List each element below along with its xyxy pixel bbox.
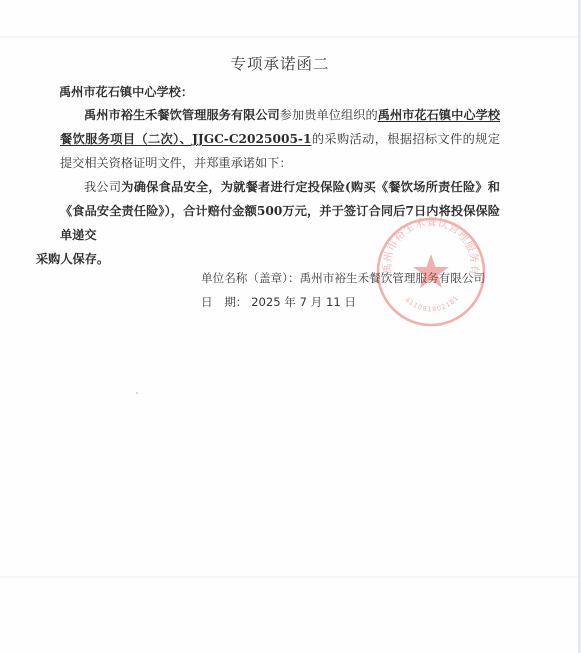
unit-label: 单位名称（盖章）：	[201, 271, 300, 285]
page-top-edge	[0, 36, 578, 39]
paragraph-lead: 我公司	[84, 180, 121, 194]
document-title: 专项承诺函二	[0, 52, 560, 74]
month-char: 月	[311, 295, 323, 309]
scan-speck	[136, 392, 138, 394]
date-month: 7	[300, 295, 307, 309]
year-char: 年	[284, 295, 296, 309]
date-day: 11	[326, 295, 341, 309]
paragraph-text: 参加贵单位组织的	[280, 108, 378, 122]
date-line: 日 期： 2025 年 7 月 11 日	[201, 290, 485, 314]
paragraph-commitment: 我公司为确保食品安全，为就餐者进行定投保险(购买《餐饮场所责任险》和《食品安全责…	[60, 175, 500, 271]
date-label: 日 期：	[201, 295, 247, 309]
commitment-text: 为确保食品安全，为就餐者进行定投保险(购买《餐饮场所责任险》和《食品安全责任险》…	[60, 180, 500, 242]
signature-block: 单位名称（盖章）：禹州市裕生禾餐饮管理服务有限公司 日 期： 2025 年 7 …	[201, 266, 485, 314]
day-char: 日	[344, 295, 356, 309]
date-year: 2025	[251, 295, 281, 309]
unit-line: 单位名称（盖章）：禹州市裕生禾餐饮管理服务有限公司	[201, 266, 485, 290]
page-bottom-edge	[0, 576, 578, 578]
unit-value: 禹州市裕生禾餐饮管理服务有限公司	[300, 271, 486, 285]
document-page: 专项承诺函二 禹州市花石镇中心学校： 禹州市裕生禾餐饮管理服务有限公司参加贵单位…	[0, 0, 578, 653]
company-name: 禹州市裕生禾餐饮管理服务有限公司	[84, 108, 280, 122]
commitment-tail: 采购人保存。	[36, 252, 109, 266]
paragraph-participation: 禹州市裕生禾餐饮管理服务有限公司参加贵单位组织的禹州市花石镇中心学校餐饮服务项目…	[60, 103, 500, 175]
salutation: 禹州市花石镇中心学校：	[59, 83, 193, 100]
